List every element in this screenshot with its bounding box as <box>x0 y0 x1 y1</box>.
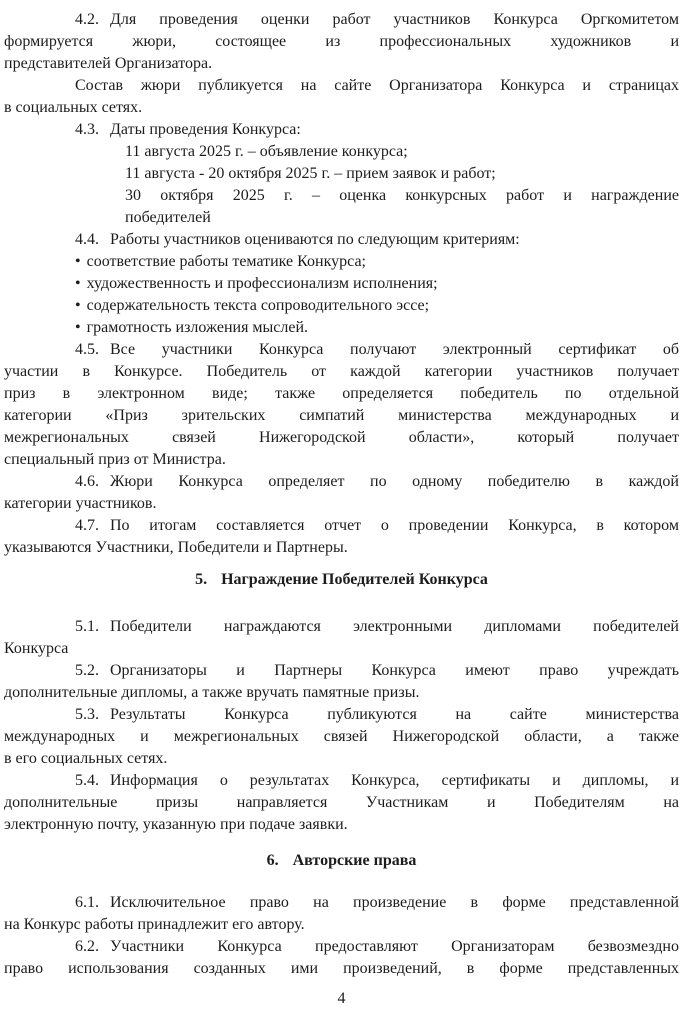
clause-text: Результаты Конкурса публикуются на сайте… <box>110 706 679 723</box>
bullet-icon: • <box>75 253 81 270</box>
date-item: победителей <box>125 207 679 229</box>
text-line: 4.4.Работы участников оцениваются по сле… <box>4 229 679 251</box>
text-line: категории «Приз зрительских симпатий мин… <box>4 405 679 427</box>
clause-text: Работы участников оцениваются по следующ… <box>110 231 520 248</box>
bullet-icon: • <box>75 275 81 292</box>
bullet-text: грамотность изложения мыслей. <box>87 319 308 336</box>
clause-text: Участники Конкурса предоставляют Организ… <box>110 938 679 955</box>
bullet-list: •соответствие работы тематике Конкурса; … <box>4 251 679 339</box>
section-number: 5. <box>195 571 207 588</box>
text-line: электронную почту, указанную при подаче … <box>4 814 679 836</box>
paragraph-4-4: 4.4.Работы участников оцениваются по сле… <box>4 229 679 251</box>
date-item: 30 октября 2025 г. – оценка конкурсных р… <box>125 185 679 207</box>
text-line: специальный приз от Министра. <box>4 449 679 471</box>
section-title: Награждение Победителей Конкурса <box>221 571 488 588</box>
text-line: указываются Участники, Победители и Парт… <box>4 537 679 559</box>
text-line: 4.3.Даты проведения Конкурса: <box>4 119 679 141</box>
text-line: международных и межрегиональных связей Н… <box>4 726 679 748</box>
paragraph-5-1: 5.1.Победители награждаются электронными… <box>4 616 679 660</box>
bullet-item: •грамотность изложения мыслей. <box>75 317 679 339</box>
clause-number: 5.3. <box>75 706 99 723</box>
text-line: право использования созданных ими произв… <box>4 958 679 980</box>
text-line: участии в Конкурсе. Победитель от каждой… <box>4 361 679 383</box>
text-line: 6.1.Исключительное право на произведение… <box>4 892 679 914</box>
text-line: приз в электронном виде; также определяе… <box>4 383 679 405</box>
clause-text: Исключительное право на произведение в ф… <box>110 894 679 911</box>
text-line: межрегиональных связей Нижегородской обл… <box>4 427 679 449</box>
text-line: на Конкурс работы принадлежит его автору… <box>4 914 679 936</box>
text-line: дополнительные призы направляется Участн… <box>4 792 679 814</box>
clause-text: Даты проведения Конкурса: <box>110 121 301 138</box>
section-heading-5: 5.Награждение Победителей Конкурса <box>4 569 679 591</box>
paragraph-jury-publication: Состав жюри публикуется на сайте Организ… <box>4 75 679 119</box>
clause-text: Все участники Конкурса получают электрон… <box>110 341 679 358</box>
clause-number: 4.3. <box>75 121 99 138</box>
clause-number: 4.7. <box>75 517 99 534</box>
section-heading-6: 6.Авторские права <box>4 850 679 872</box>
text-line: 5.4.Информация о результатах Конкурса, с… <box>4 770 679 792</box>
text-line: дополнительные дипломы, а также вручать … <box>4 682 679 704</box>
clause-number: 4.2. <box>75 11 99 28</box>
text-line: формируется жюри, состоящее из профессио… <box>4 31 679 53</box>
bullet-item: •содержательность текста сопроводительно… <box>75 295 679 317</box>
text-line: категории участников. <box>4 493 679 515</box>
paragraph-6-2: 6.2.Участники Конкурса предоставляют Орг… <box>4 936 679 980</box>
date-item: 11 августа - 20 октября 2025 г. – прием … <box>125 163 679 185</box>
clause-text: Для проведения оценки работ участников К… <box>110 11 679 28</box>
text-line: 5.1.Победители награждаются электронными… <box>4 616 679 638</box>
text-line: в социальных сетях. <box>4 97 679 119</box>
clause-text: По итогам составляется отчет о проведени… <box>110 517 679 534</box>
paragraph-5-4: 5.4.Информация о результатах Конкурса, с… <box>4 770 679 836</box>
paragraph-4-2: 4.2.Для проведения оценки работ участник… <box>4 9 679 75</box>
page-number: 4 <box>4 988 679 1010</box>
clause-text: Жюри Конкурса определяет по одному побед… <box>110 473 679 490</box>
paragraph-4-3: 4.3.Даты проведения Конкурса: <box>4 119 679 141</box>
section-title: Авторские права <box>293 852 417 869</box>
paragraph-4-6: 4.6.Жюри Конкурса определяет по одному п… <box>4 471 679 515</box>
clause-text: Информация о результатах Конкурса, серти… <box>110 772 679 789</box>
text-line: Конкурса <box>4 638 679 660</box>
clause-number: 6.2. <box>75 938 99 955</box>
bullet-item: •художественность и профессионализм испо… <box>75 273 679 295</box>
text-line: Состав жюри публикуется на сайте Организ… <box>4 75 679 97</box>
clause-number: 4.6. <box>75 473 99 490</box>
text-line: 5.2.Организаторы и Партнеры Конкурса име… <box>4 660 679 682</box>
clause-number: 5.1. <box>75 618 99 635</box>
paragraph-4-5: 4.5.Все участники Конкурса получают элек… <box>4 339 679 471</box>
paragraph-5-3: 5.3.Результаты Конкурса публикуются на с… <box>4 704 679 770</box>
text-line: в его социальных сетях. <box>4 748 679 770</box>
text-line: 6.2.Участники Конкурса предоставляют Орг… <box>4 936 679 958</box>
clause-number: 5.4. <box>75 772 99 789</box>
text-line: 4.6.Жюри Конкурса определяет по одному п… <box>4 471 679 493</box>
bullet-icon: • <box>75 319 81 336</box>
clause-text: Организаторы и Партнеры Конкурса имеют п… <box>110 662 679 679</box>
section-number: 6. <box>267 852 279 869</box>
paragraph-6-1: 6.1.Исключительное право на произведение… <box>4 892 679 936</box>
clause-number: 6.1. <box>75 894 99 911</box>
clause-number: 5.2. <box>75 662 99 679</box>
text-line: 4.5.Все участники Конкурса получают элек… <box>4 339 679 361</box>
document-page: 4.2.Для проведения оценки работ участник… <box>0 0 693 1024</box>
bullet-text: соответствие работы тематике Конкурса; <box>87 253 366 270</box>
paragraph-5-2: 5.2.Организаторы и Партнеры Конкурса име… <box>4 660 679 704</box>
bullet-text: содержательность текста сопроводительног… <box>87 297 429 314</box>
bullet-text: художественность и профессионализм испол… <box>87 275 438 292</box>
clause-text: Победители награждаются электронными дип… <box>110 618 679 635</box>
text-line: 5.3.Результаты Конкурса публикуются на с… <box>4 704 679 726</box>
text-line: 4.7.По итогам составляется отчет о прове… <box>4 515 679 537</box>
bullet-item: •соответствие работы тематике Конкурса; <box>75 251 679 273</box>
text-line: 4.2.Для проведения оценки работ участник… <box>4 9 679 31</box>
clause-number: 4.5. <box>75 341 99 358</box>
paragraph-4-7: 4.7.По итогам составляется отчет о прове… <box>4 515 679 559</box>
date-list: 11 августа 2025 г. – объявление конкурса… <box>4 141 679 229</box>
text-line: представителей Организатора. <box>4 53 679 75</box>
clause-number: 4.4. <box>75 231 99 248</box>
bullet-icon: • <box>75 297 81 314</box>
date-item: 11 августа 2025 г. – объявление конкурса… <box>125 141 679 163</box>
